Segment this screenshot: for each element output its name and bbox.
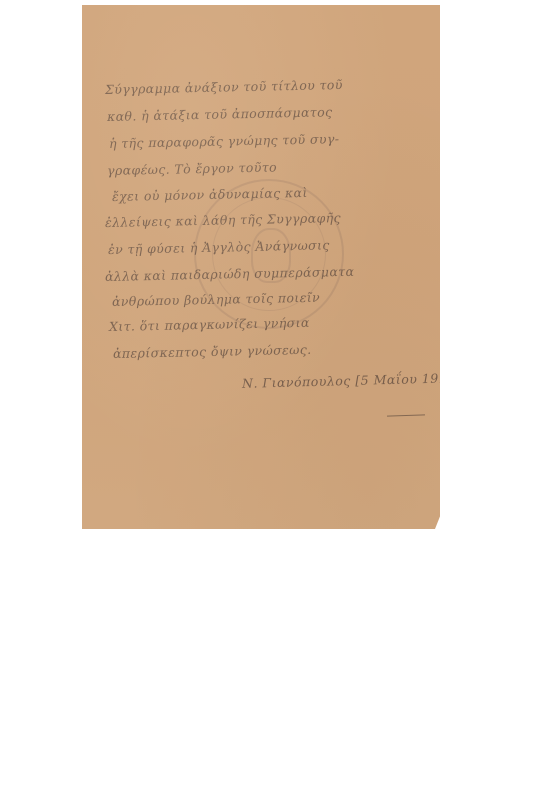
signature: Ν. Γιανόπουλος [5 Μαΐου 1910] (242, 370, 461, 391)
manuscript-page: Σύγγραμμα ἀνάξιον τοῦ τίτλου τοῦ καθ. ἡ … (82, 5, 440, 529)
handwritten-line: ἀπερίσκεπτος ὄψιν γνώσεως. (113, 342, 312, 361)
handwritten-line: Σύγγραμμα ἀνάξιον τοῦ τίτλου τοῦ (105, 77, 343, 97)
handwritten-line: ἡ τῆς παραφορᾶς γνώμης τοῦ συγ- (109, 131, 340, 151)
handwritten-line: γραφέως. Τὸ ἔργον τοῦτο (107, 159, 277, 178)
handwritten-line: καθ. ἡ ἀτάξια τοῦ ἀποσπάσματος (107, 104, 333, 124)
signature-underline (387, 414, 425, 416)
handwritten-line: Χιτ. ὅτι παραγκωνίζει γνήσια (109, 315, 310, 334)
